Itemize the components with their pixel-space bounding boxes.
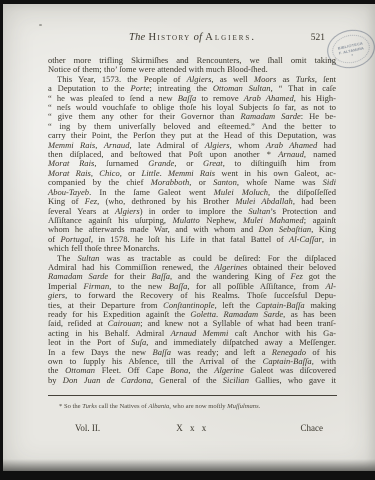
footnote-divider [48,395,337,396]
signature-mark: X x x [176,423,209,433]
italic-text-segment: Turks [82,403,97,410]
text-segment: , in [322,234,336,244]
title-word-history: History [148,32,190,43]
text-segment: , who are now moſtly [169,403,227,410]
text-segment: . [259,403,261,410]
volume-label: Vol. II. [75,423,100,433]
italic-text-segment: Sicilian [223,375,249,385]
catchword: Chace [301,423,324,433]
italic-text-segment: Albania [148,403,169,410]
paragraph: The Sultan was as tractable as could be … [48,254,336,386]
book-page: The History of Algiers. 521 BIBLIOTECA F… [3,4,375,471]
paragraph: other more trifling Skirmiſhes and Renco… [48,56,336,75]
ink-speck [39,24,42,26]
text-segment: * So the [59,403,82,410]
footnote-text: * So the Turks call the Natives of Alban… [48,403,337,411]
paragraph: This Year, 1573. the People of Algiers, … [48,75,336,254]
text-segment: Gallies, who gave it [249,375,336,385]
text-segment: by [48,375,63,385]
italic-text-segment: Muſſulmans [227,403,259,410]
title-word-of: of [194,32,203,43]
body-text: other more trifling Skirmiſhes and Renco… [48,56,336,385]
italic-text-segment: Al-Caſſar [289,234,322,244]
text-segment: call the Natives of [97,403,148,410]
title-word-algiers: Algiers. [205,32,256,43]
italic-text-segment: Don Juan de Cardona [63,375,151,385]
title-word-the: The [129,32,145,43]
stamp-dot: • [351,52,353,55]
text-line: by Don Juan de Cardona, General of the S… [48,376,336,385]
text-segment: , General of the [151,375,223,385]
page-footer: Vol. II. X x x Chace [48,423,337,435]
page-title: The History of Algiers. [48,32,337,43]
running-header: The History of Algiers. 521 [48,32,337,43]
